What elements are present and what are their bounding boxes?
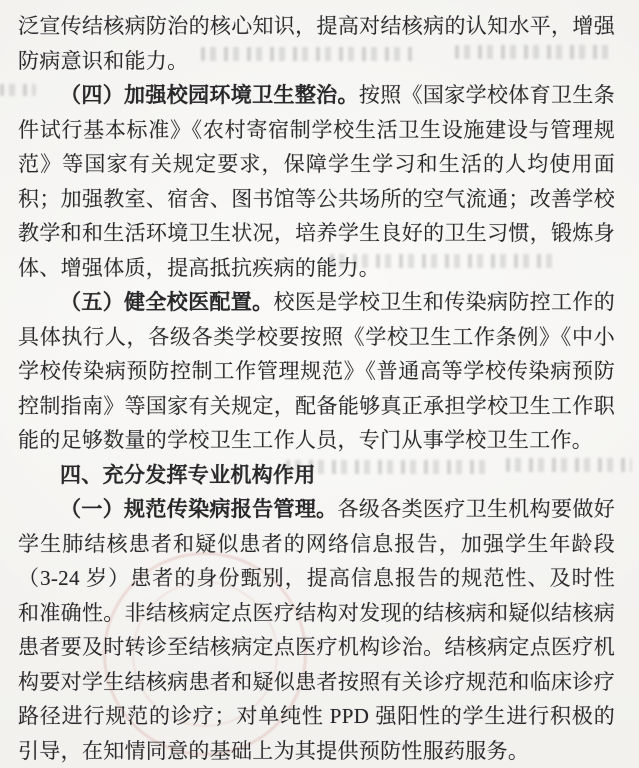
scanned-document-page: 泛宣传结核病防治的核心知识，提高对结核病的认知水平，增强防病意识和能力。 （四）… <box>0 0 639 768</box>
section-4-lead: （四）加强校园环境卫生整治。 <box>60 83 359 107</box>
section-1-lead: （一）规范传染病报告管理。 <box>60 497 338 521</box>
paragraph-text: 泛宣传结核病防治的核心知识，提高对结核病的认知水平，增强防病意识和能力。 <box>18 14 615 73</box>
paragraph-continuation: 泛宣传结核病防治的核心知识，提高对结核病的认知水平，增强防病意识和能力。 <box>18 9 615 78</box>
heading-part-4-text: 四、充分发挥专业机构作用 <box>60 463 316 487</box>
paragraph-section-1: （一）规范传染病报告管理。各级各类医疗卫生机构要做好学生肺结核患者和疑似患者的网… <box>18 492 615 768</box>
heading-part-4: 四、充分发挥专业机构作用 <box>18 458 615 493</box>
paragraph-section-5: （五）健全校医配置。校医是学校卫生和传染病防控工作的具体执行人，各级各类学校要按… <box>18 285 615 458</box>
section-5-lead: （五）健全校医配置。 <box>60 290 273 314</box>
section-4-body: 按照《国家学校体育卫生条件试行基本标准》《农村寄宿制学校生活卫生设施建设与管理规… <box>18 83 615 280</box>
paragraph-section-4: （四）加强校园环境卫生整治。按照《国家学校体育卫生条件试行基本标准》《农村寄宿制… <box>18 78 615 285</box>
section-1-body: 各级各类医疗卫生机构要做好学生肺结核患者和疑似患者的网络信息报告，加强学生年龄段… <box>18 497 615 763</box>
section-5-body: 校医是学校卫生和传染病防控工作的具体执行人，各级各类学校要按照《学校卫生工作条例… <box>18 290 615 452</box>
document-text: 泛宣传结核病防治的核心知识，提高对结核病的认知水平，增强防病意识和能力。 （四）… <box>0 0 639 768</box>
